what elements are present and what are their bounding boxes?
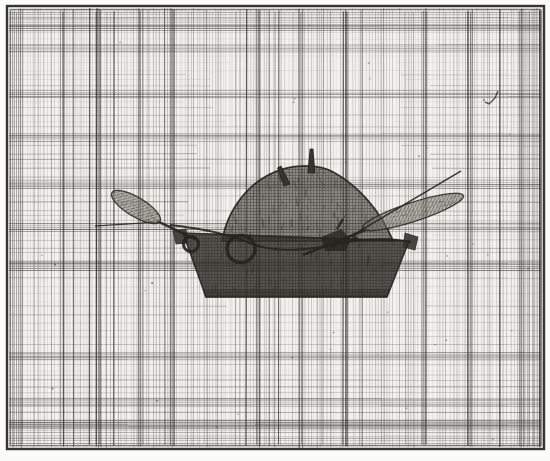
etching-canvas: [0, 0, 550, 461]
rowlock-knob: [352, 236, 358, 242]
squiggle-dot: [483, 99, 485, 101]
etching-figure: [0, 0, 550, 461]
boat-hull: [173, 229, 418, 305]
etching-artwork: [0, 0, 550, 461]
